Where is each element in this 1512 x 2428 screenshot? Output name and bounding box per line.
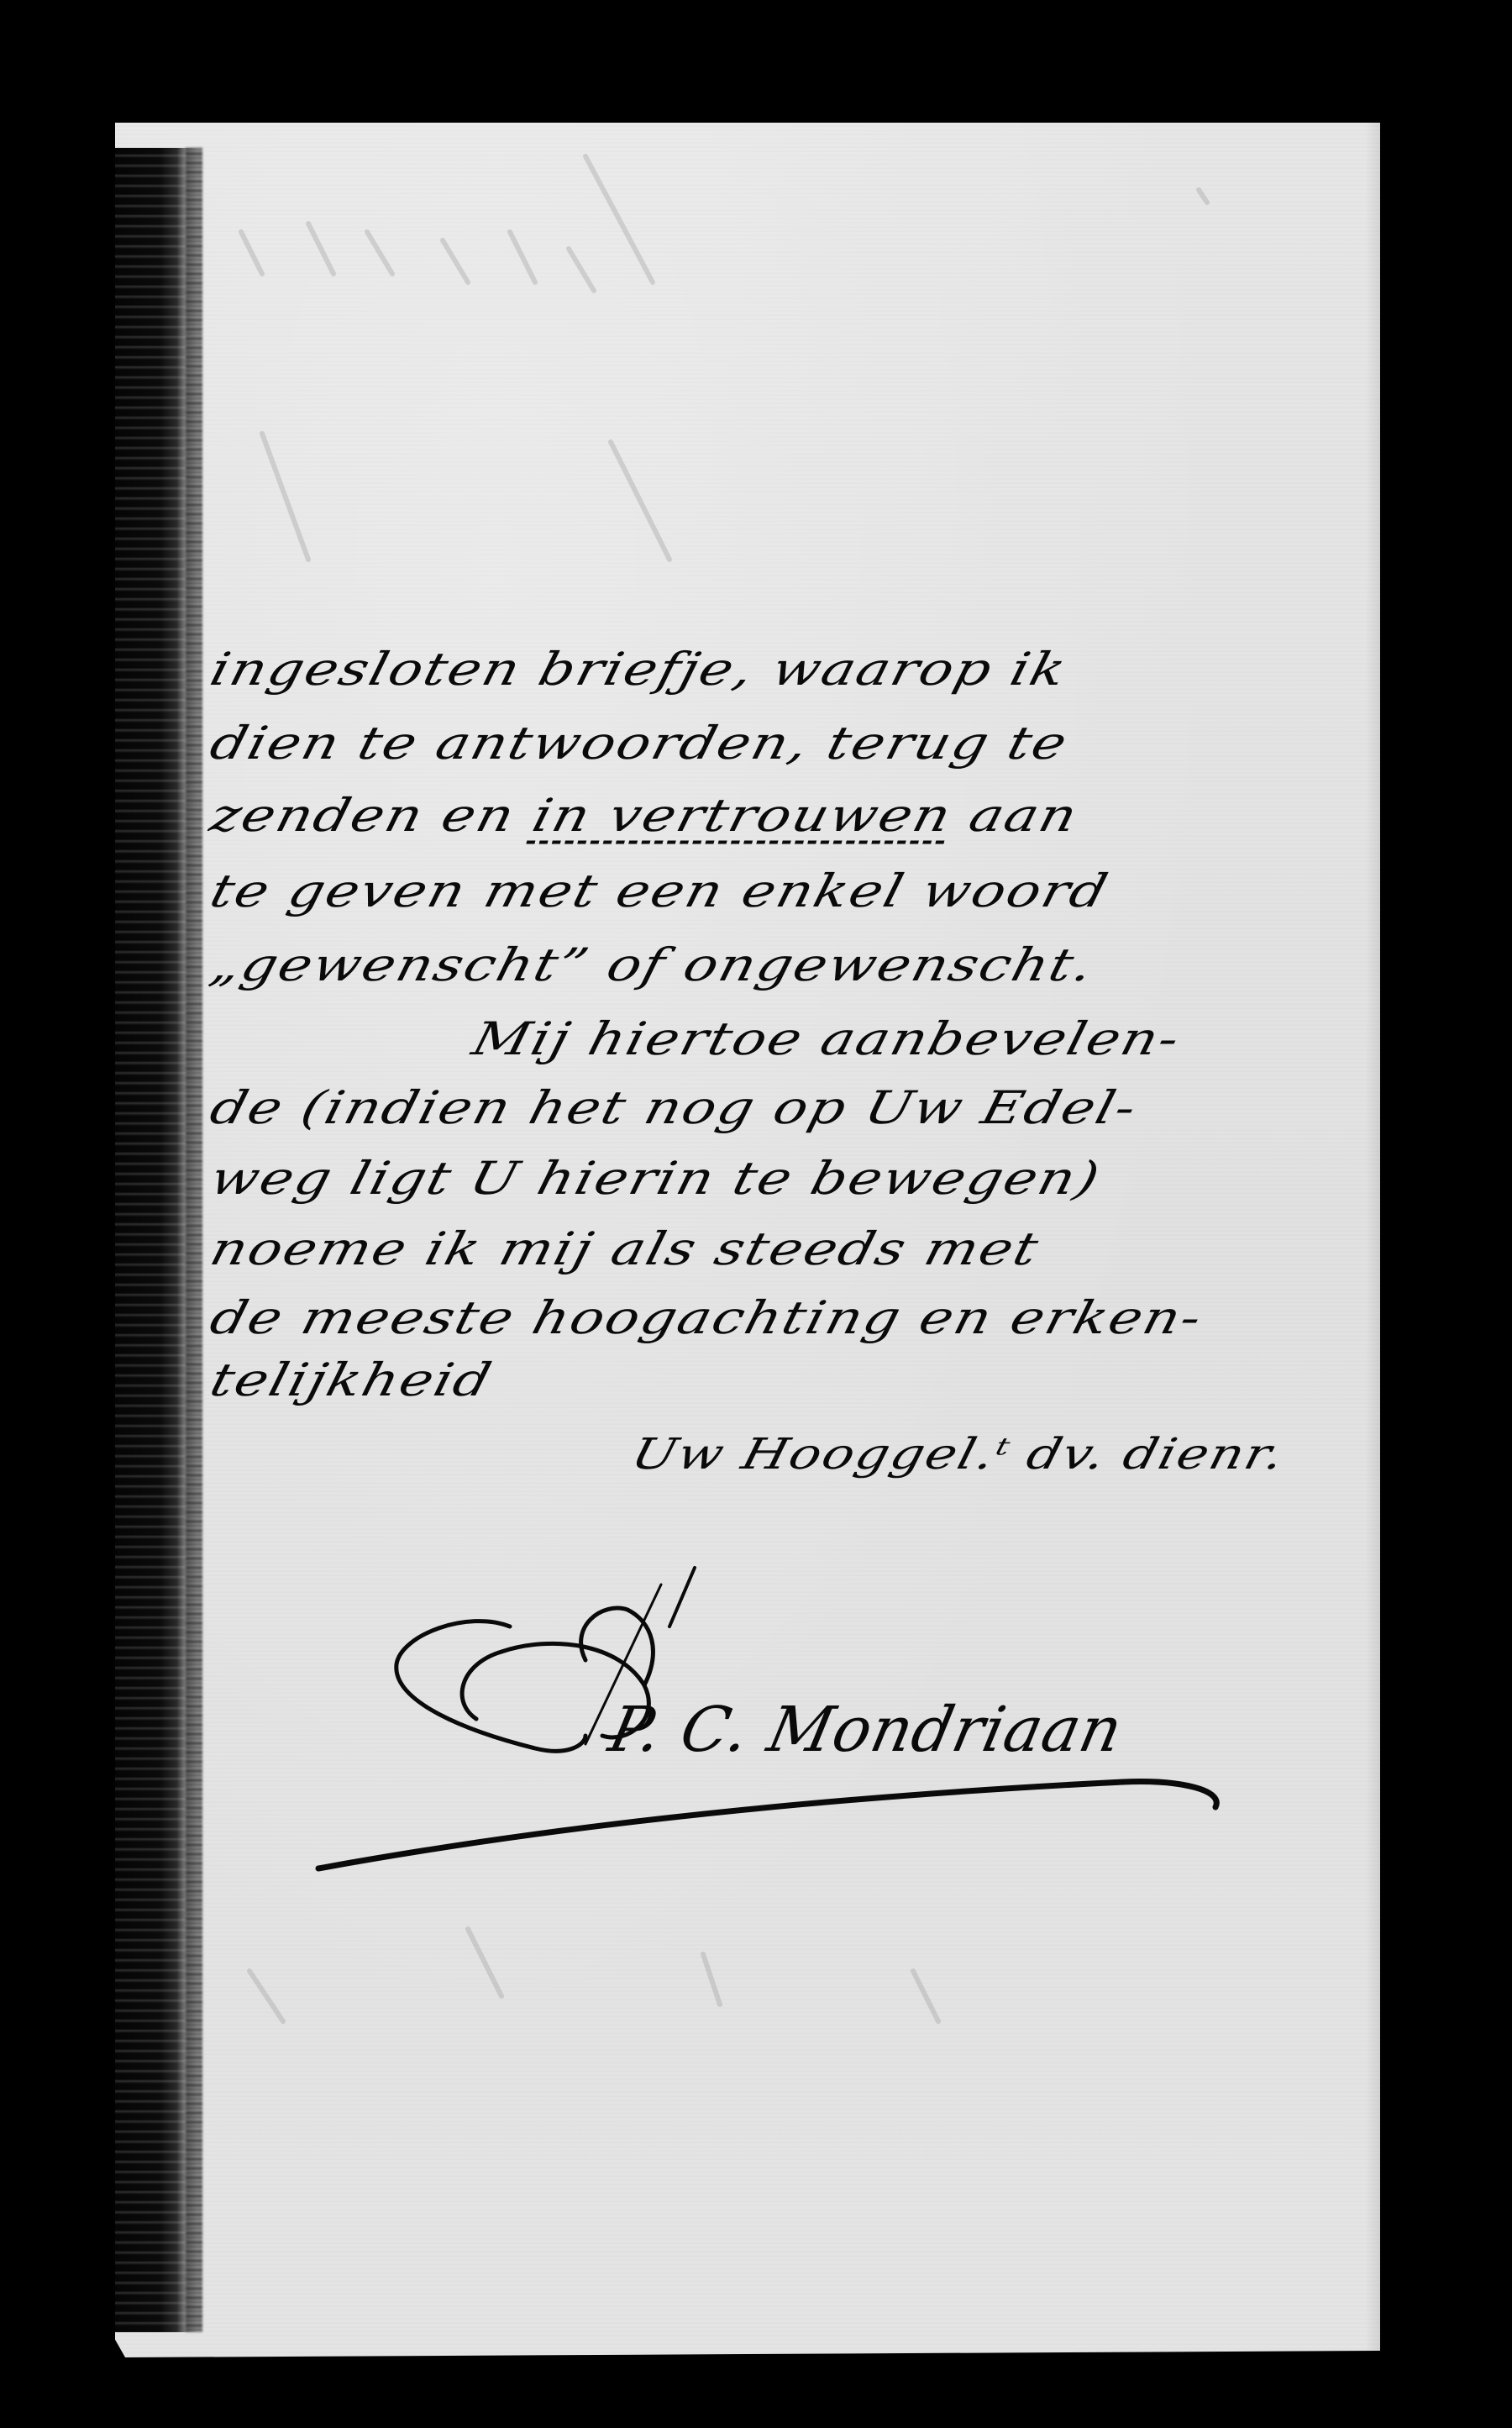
signature-flourish-icon — [115, 123, 1380, 2357]
letter-page: ingesloten briefje, waarop ik dien te an… — [115, 123, 1380, 2357]
signature: P. C. Mondriaan — [603, 1694, 1129, 1766]
letter-body: ingesloten briefje, waarop ik dien te an… — [115, 123, 1380, 2357]
